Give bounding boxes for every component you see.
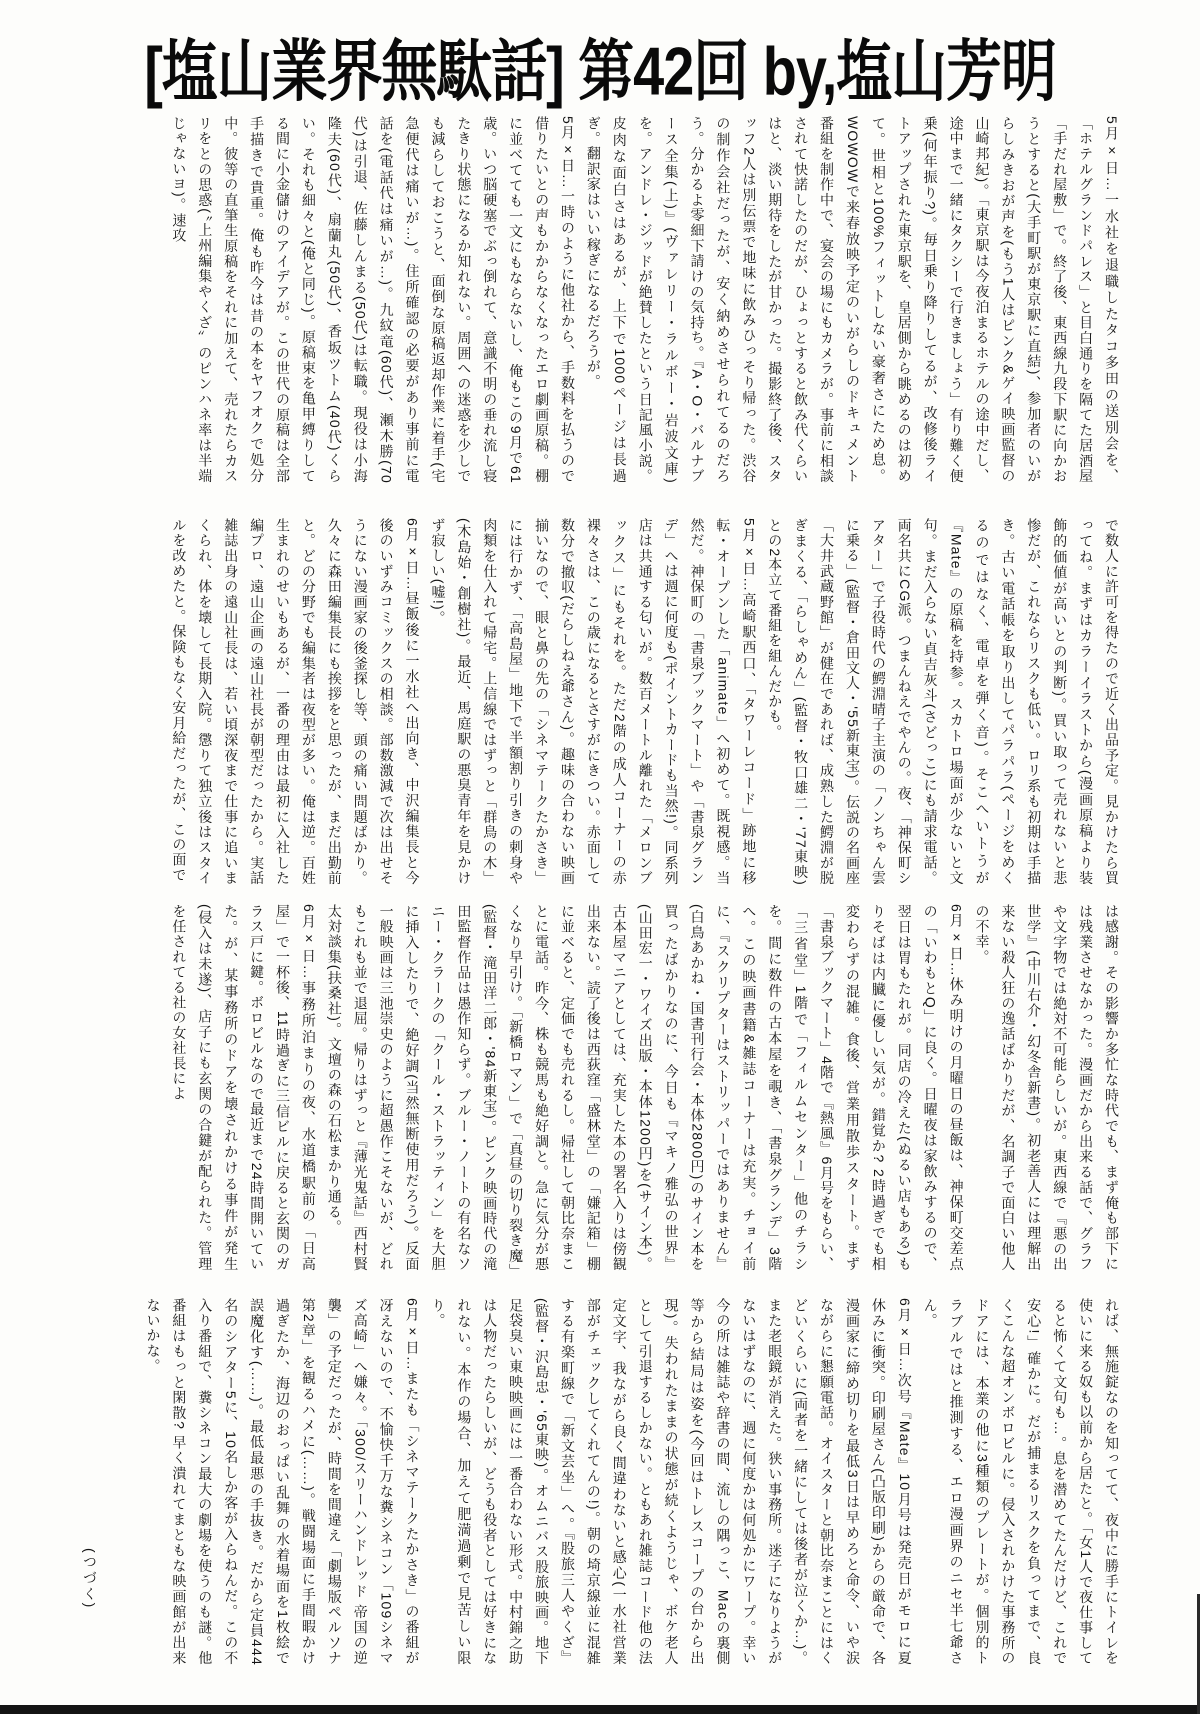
article-band-3: は感謝。その影響か多忙な時代でも、まず俺も部下には残業させなかった。漫画だから出… bbox=[76, 904, 1124, 1272]
masthead: [塩山業界無駄話] 第42回 by,塩山芳明 bbox=[52, 26, 1148, 106]
article-band-2: で数人に許可を得たので近く出品予定。見かけたら買ってね。まずはカラーイラストから… bbox=[76, 518, 1124, 886]
page-title: [塩山業界無駄話] 第42回 by,塩山芳明 bbox=[144, 18, 1056, 115]
page-edge-bar bbox=[0, 1705, 1200, 1714]
to-be-continued-note: (つづく) bbox=[80, 1548, 100, 1609]
magazine-page: [塩山業界無駄話] 第42回 by,塩山芳明 5月×日…一水社を退職したタコ多田… bbox=[0, 0, 1200, 1714]
article-band-4: れば、無施錠なのを知ってて、夜中に勝手にトイレを使いに来る奴も以前から居たと。「… bbox=[76, 1298, 1124, 1666]
article-band-1: 5月×日…一水社を退職したタコ多田の送別会を、「ホテルグランドパレス」と目白通り… bbox=[76, 116, 1124, 484]
